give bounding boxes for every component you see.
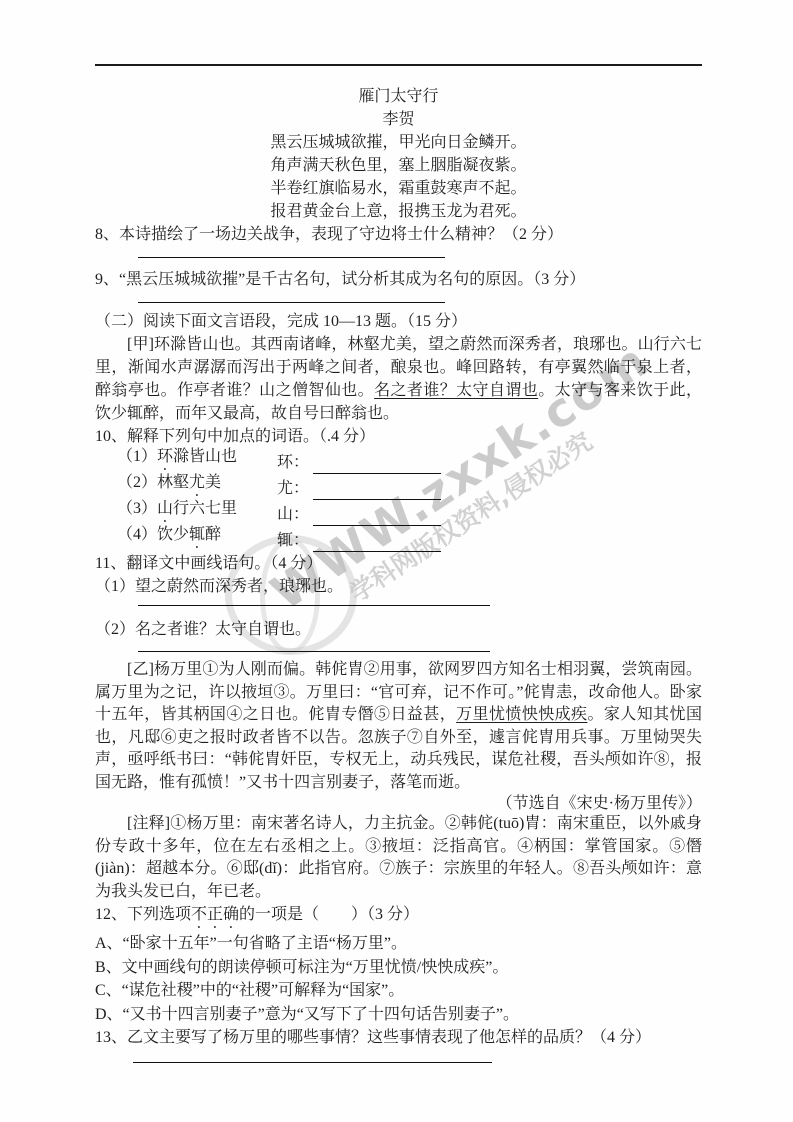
passage-jia: [甲]环滁皆山也。其西南诸峰，林壑尤美，望之蔚然而深秀者，琅琊也。山行六七里，渐…	[95, 333, 702, 425]
answer-line-q8	[138, 248, 445, 258]
answer-line-q11-1	[138, 598, 490, 606]
poem-line: 报君黄金台上意，报携玉龙为君死。	[95, 200, 702, 223]
q10-item-4: （4）饮少辄醉 辄：	[95, 526, 702, 552]
section-2-heading: （二）阅读下面文言语段，完成 10—13 题。（15 分）	[95, 310, 702, 333]
passage-jia-underlined: 名之者谁？太守自谓也	[374, 382, 538, 399]
answer-line-q13	[133, 1056, 492, 1063]
question-13: 13、乙文主要写了杨万里的哪些事情？这些事情表现了他怎样的品质？（4 分）	[95, 1026, 702, 1049]
q12-emphasis: 不正确	[191, 906, 239, 923]
option-b: B、文中画线句的朗读停顿可标注为“万里忧愤/怏怏成疾”。	[95, 956, 702, 980]
poem-title: 雁门太守行	[95, 85, 702, 108]
passage-yi-source: （节选自《宋史·杨万里传》）	[95, 794, 702, 813]
option-c: C、“谋危社稷”中的“社稷”可解释为“国家”。	[95, 979, 702, 1003]
q10-answer-blank	[313, 458, 441, 474]
q10-answer-blank	[313, 484, 441, 500]
passage-yi: [乙]杨万里①为人刚而偏。韩侂胄②用事，欲网罗四方知名士相羽翼，尝筑南园。属万里…	[95, 659, 702, 794]
question-9: 9、“黑云压城城欲摧”是千古名句，试分析其成为名句的原因。（3 分）	[95, 268, 702, 291]
q10-item-key: 环：	[277, 451, 309, 474]
q10-dotted-char: 辄	[189, 526, 205, 543]
q11-sub-2: （2）名之者谁？太守自谓也。	[95, 618, 702, 641]
q10-item-phrase: （3）山行六七里	[95, 497, 277, 526]
poem-block: 雁门太守行 李贺 黑云压城城欲摧，甲光向日金鳞开。 角声满天秋色里，塞上胭脂凝夜…	[95, 85, 702, 223]
page-header-rule	[95, 64, 702, 66]
poem-line: 黑云压城城欲摧，甲光向日金鳞开。	[95, 131, 702, 154]
answer-line-q11-2	[138, 644, 490, 652]
q10-item-phrase: （1）环滁皆山也	[95, 445, 277, 474]
q10-item-key: 辄：	[277, 529, 309, 552]
q10-answer-blank	[313, 510, 441, 526]
q10-item-key: 山：	[277, 503, 309, 526]
question-12: 12、下列选项不正确的一项是（ ）（3 分）	[95, 903, 702, 932]
passage-notes: [注释]①杨万里：南宋著名诗人，力主抗金。②韩侂(tuō)胄：南宋重臣，以外戚身…	[95, 813, 702, 903]
q10-item-phrase: （2）林壑尤美	[95, 471, 277, 500]
page-content: 雁门太守行 李贺 黑云压城城欲摧，甲光向日金鳞开。 角声满天秋色里，塞上胭脂凝夜…	[95, 85, 702, 1063]
q10-dotted-char: 山	[157, 500, 173, 517]
q10-item-key: 尤：	[277, 477, 309, 500]
q11-sub-1: （1）望之蔚然而深秀者，琅琊也。	[95, 575, 702, 598]
question-11-title: 11、翻译文中画线语句。（4 分）	[95, 552, 702, 575]
q10-item-phrase: （4）饮少辄醉	[95, 523, 277, 552]
poem-line: 角声满天秋色里，塞上胭脂凝夜紫。	[95, 154, 702, 177]
poem-author: 李贺	[95, 108, 702, 131]
q10-dotted-char: 尤	[189, 474, 205, 491]
option-a: A、“卧家十五年”一句省略了主语“杨万里”。	[95, 932, 702, 956]
q10-dotted-char: 环	[157, 448, 173, 465]
poem-line: 半卷红旗临易水，霜重鼓寒声不起。	[95, 177, 702, 200]
q10-answer-blank	[313, 536, 441, 552]
passage-yi-underlined: 万里忧愤怏怏成疾	[456, 706, 587, 723]
exam-paper-page: WWW.zxxk.com 学科网版权资料,侵权必究 雁门太守行 李贺 黑云压城城…	[0, 0, 793, 1122]
option-d: D、“又书十四言别妻子”意为“又写下了十四句话告别妻子”。	[95, 1003, 702, 1027]
question-8: 8、本诗描绘了一场边关战争，表现了守边将士什么精神？（2 分）	[95, 223, 702, 246]
answer-line-q9	[138, 293, 445, 303]
